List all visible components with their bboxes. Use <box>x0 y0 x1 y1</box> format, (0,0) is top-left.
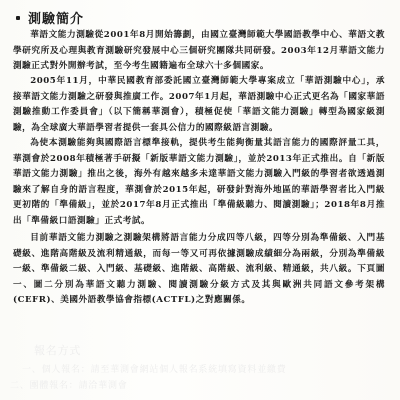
bleed-through-text: 報名方式 <box>34 342 81 358</box>
bleed-through-text: 一、個人報名：請至華測會網站個人報名系統填寫資料並繳費 <box>22 362 287 375</box>
paragraph-levels: 目前華語文能力測驗之測驗架構將語言能力分成四等八級，四等分別為準備級、入門基礎級… <box>13 231 385 309</box>
paragraph-history: 華語文能力測驗從2001年8月開始籌劃，由國立臺灣師範大學國語教學中心、華語文教… <box>13 28 385 75</box>
bullet-icon <box>16 16 20 20</box>
section-heading: 測驗簡介 <box>16 8 84 27</box>
section-title: 測驗簡介 <box>28 8 84 27</box>
document-page: 測驗簡介 華語文能力測驗從2001年8月開始籌劃，由國立臺灣師範大學國語教學中心… <box>0 0 400 400</box>
paragraph-organization: 2005年11月，中華民國教育部委託國立臺灣師範大學專案成立「華語測驗中心」，承… <box>13 74 385 136</box>
paragraph-new-version: 為使本測驗能夠與國際語言標準接軌，提供考生能夠衡量其語言能力的國際評量工具，華測… <box>13 136 385 230</box>
bleed-through-text: 二、團體報名：請洽華測會 <box>10 378 128 391</box>
